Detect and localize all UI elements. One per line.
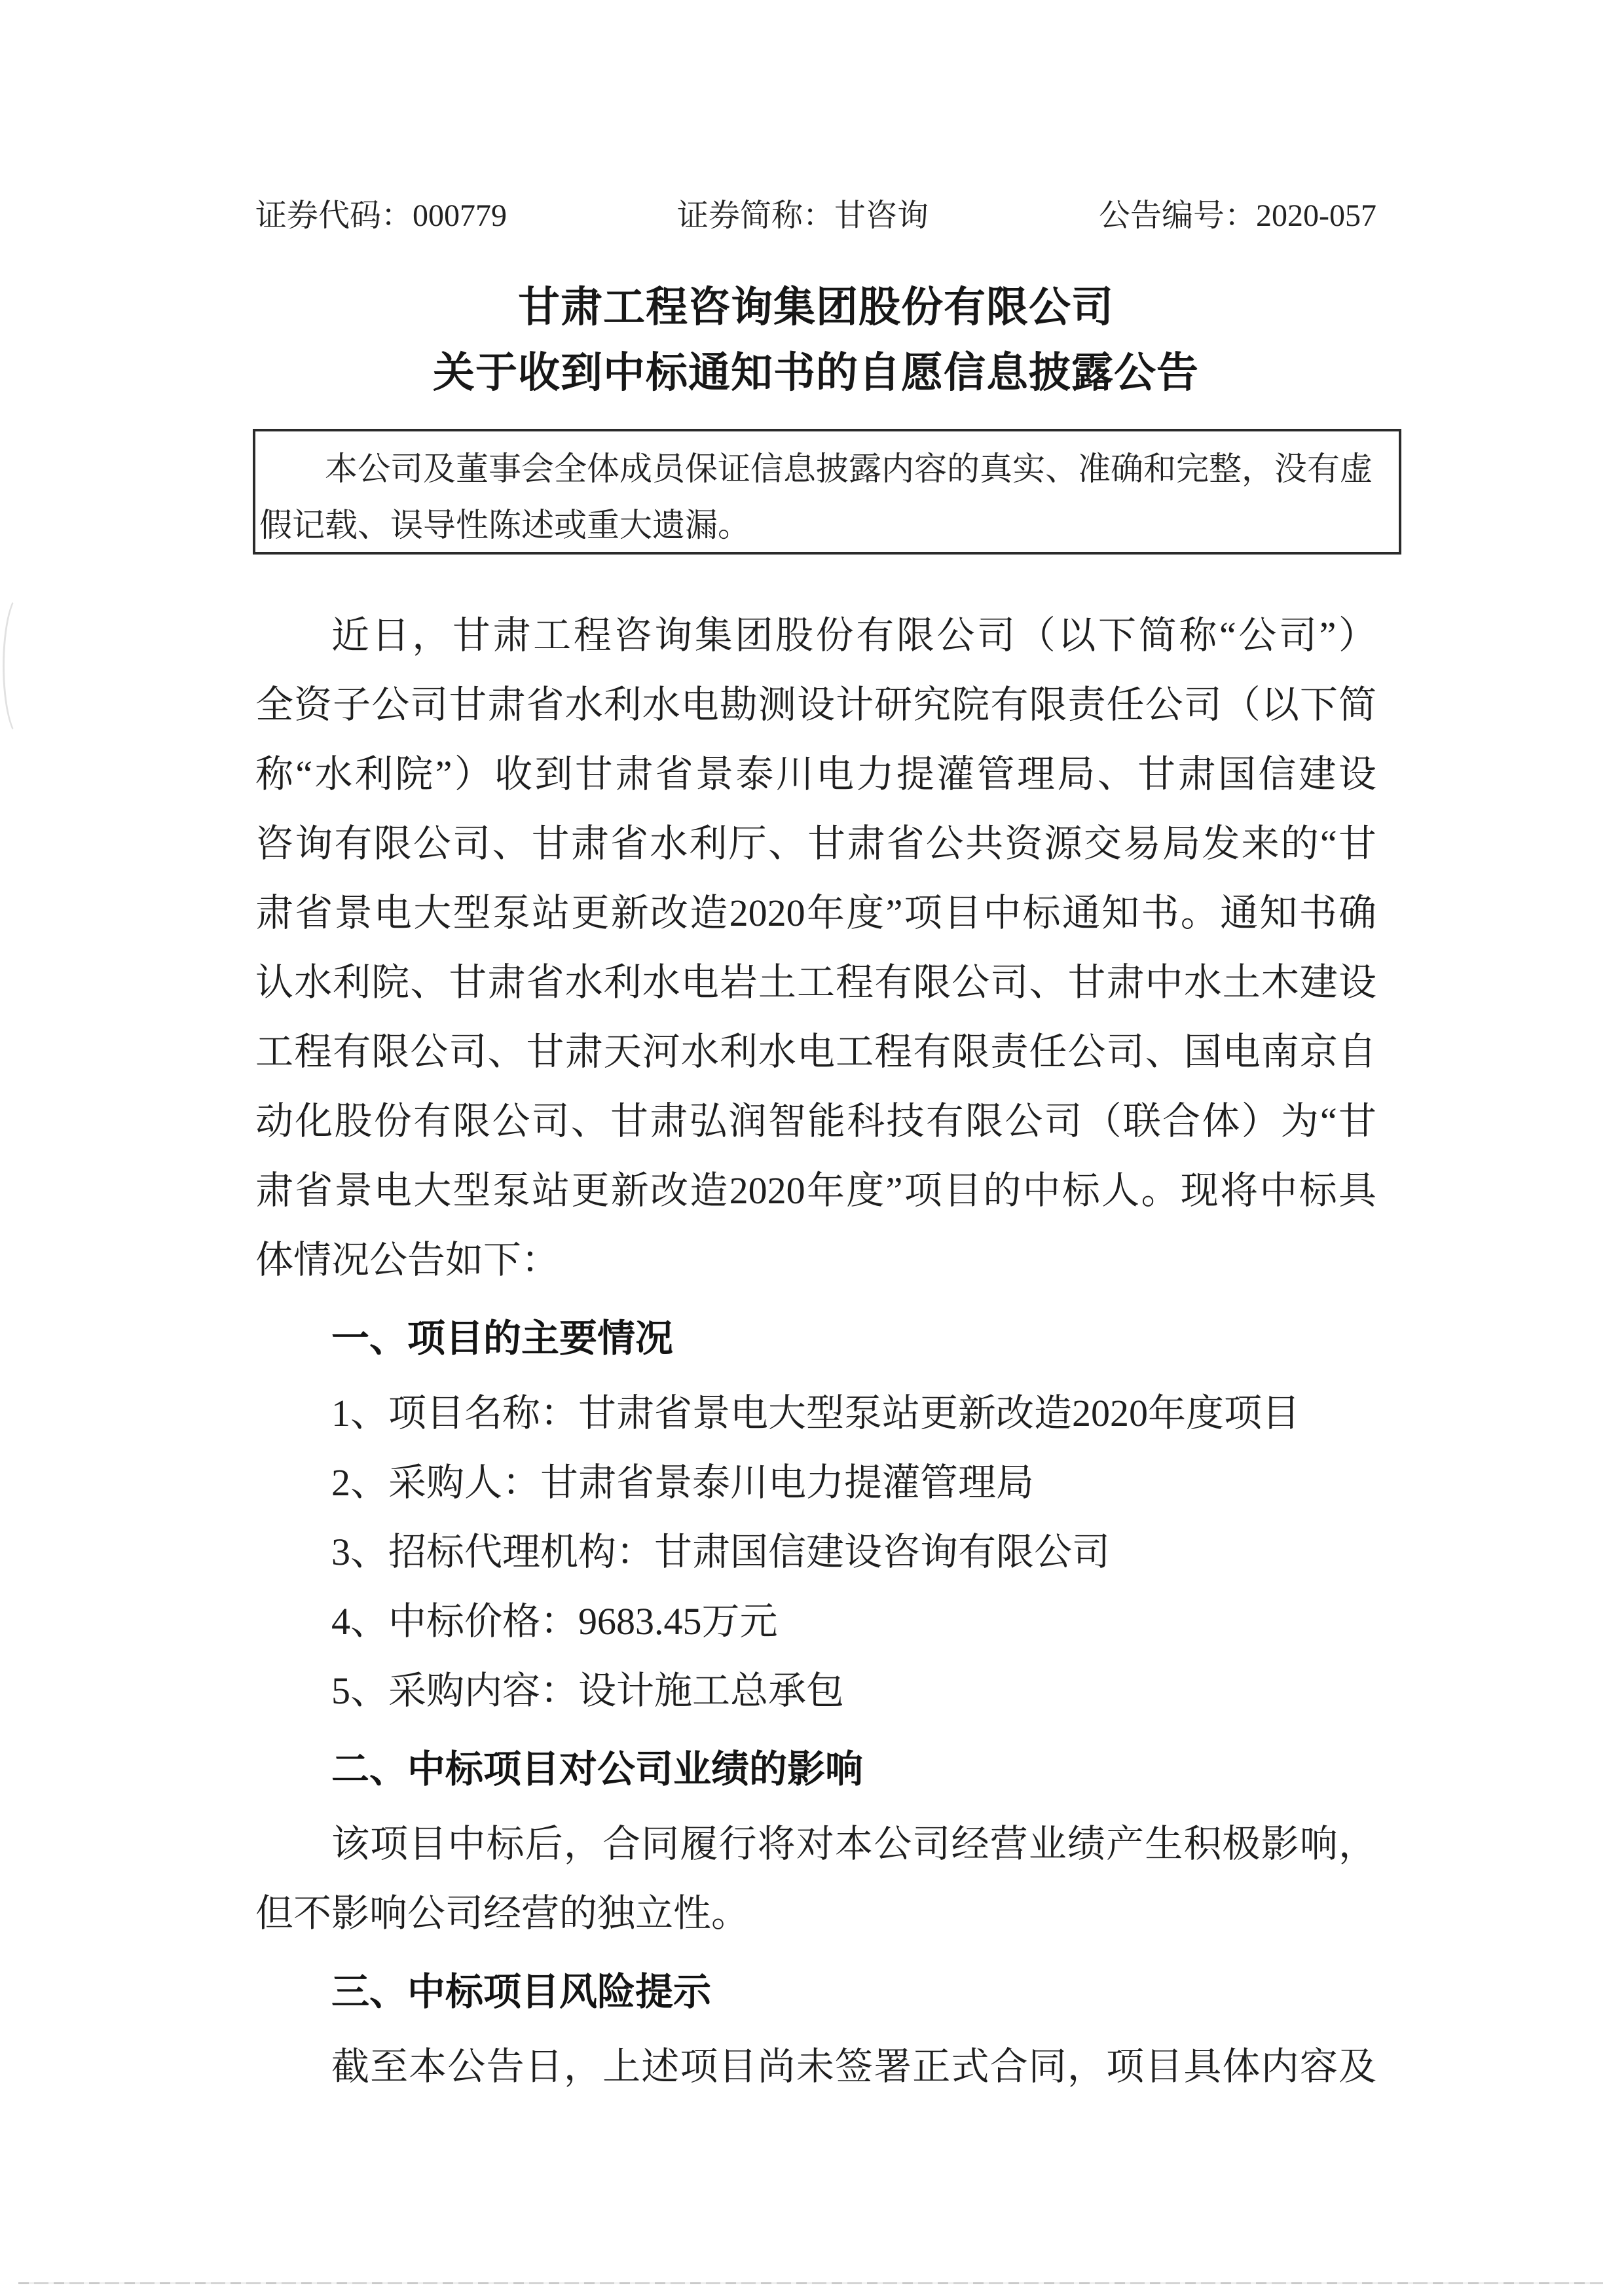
stock-short-name: 证券简称：甘咨询 [677, 195, 929, 237]
list-item-4: 4、中标价格：9683.45万元 [255, 1587, 1376, 1656]
disclaimer-line: 本公司及董事会全体成员保证信息披露内容的真实、准确和完整，没有虚 [259, 441, 1393, 497]
announcement-number: 公告编号：2020-057 [1099, 195, 1376, 237]
body-line: 咨询有限公司、甘肃省水利厅、甘肃省公共资源交易局发来的“甘 [255, 809, 1376, 879]
scan-artifact-arc [3, 592, 41, 739]
body-line: 近日，甘肃工程咨询集团股份有限公司（以下简称“公司”） [255, 601, 1376, 670]
body-line: 体情况公告如下： [255, 1226, 1376, 1295]
body-line: 全资子公司甘肃省水利水电勘测设计研究院有限责任公司（以下简 [255, 670, 1376, 740]
body-line: 但不影响公司经营的独立性。 [255, 1879, 1376, 1948]
section-heading-3: 三、中标项目风险提示 [255, 1958, 1376, 2027]
body-line: 肃省景电大型泵站更新改造2020年度”项目的中标人。现将中标具 [255, 1156, 1376, 1226]
body-line: 认水利院、甘肃省水利水电岩土工程有限公司、甘肃中水土木建设 [255, 948, 1376, 1017]
securities-info-row: 证券代码：000779 证券简称：甘咨询 公告编号：2020-057 [255, 195, 1376, 237]
stock-code: 证券代码：000779 [255, 195, 507, 237]
body-line: 动化股份有限公司、甘肃弘润智能科技有限公司（联合体）为“甘 [255, 1087, 1376, 1156]
list-item-5: 5、采购内容：设计施工总承包 [255, 1656, 1376, 1726]
body-line: 肃省景电大型泵站更新改造2020年度”项目中标通知书。通知书确 [255, 879, 1376, 948]
document-page: 证券代码：000779 证券简称：甘咨询 公告编号：2020-057 甘肃工程咨… [0, 0, 1624, 2296]
body-line: 工程有限公司、甘肃天河水利水电工程有限责任公司、国电南京自 [255, 1017, 1376, 1087]
list-item-3: 3、招标代理机构：甘肃国信建设咨询有限公司 [255, 1518, 1376, 1587]
document-body: 近日，甘肃工程咨询集团股份有限公司（以下简称“公司”） 全资子公司甘肃省水利水电… [255, 601, 1376, 2102]
title-company-name: 甘肃工程咨询集团股份有限公司 [255, 275, 1376, 340]
body-line: 称“水利院”）收到甘肃省景泰川电力提灌管理局、甘肃国信建设 [255, 740, 1376, 809]
body-line: 该项目中标后，合同履行将对本公司经营业绩产生积极影响， [255, 1810, 1376, 1879]
title-subject: 关于收到中标通知书的自愿信息披露公告 [255, 340, 1376, 406]
disclaimer-box: 本公司及董事会全体成员保证信息披露内容的真实、准确和完整，没有虚 假记载、误导性… [253, 429, 1401, 555]
disclaimer-line: 假记载、误导性陈述或重大遗漏。 [259, 497, 1393, 553]
scan-artifact-edge [18, 2282, 1603, 2284]
list-item-1: 1、项目名称：甘肃省景电大型泵站更新改造2020年度项目 [255, 1379, 1376, 1448]
section-heading-2: 二、中标项目对公司业绩的影响 [255, 1735, 1376, 1804]
list-item-2: 2、采购人：甘肃省景泰川电力提灌管理局 [255, 1448, 1376, 1518]
body-line: 截至本公告日，上述项目尚未签署正式合同，项目具体内容及 [255, 2032, 1376, 2102]
document-title: 甘肃工程咨询集团股份有限公司 关于收到中标通知书的自愿信息披露公告 [255, 275, 1376, 406]
section-heading-1: 一、项目的主要情况 [255, 1304, 1376, 1374]
